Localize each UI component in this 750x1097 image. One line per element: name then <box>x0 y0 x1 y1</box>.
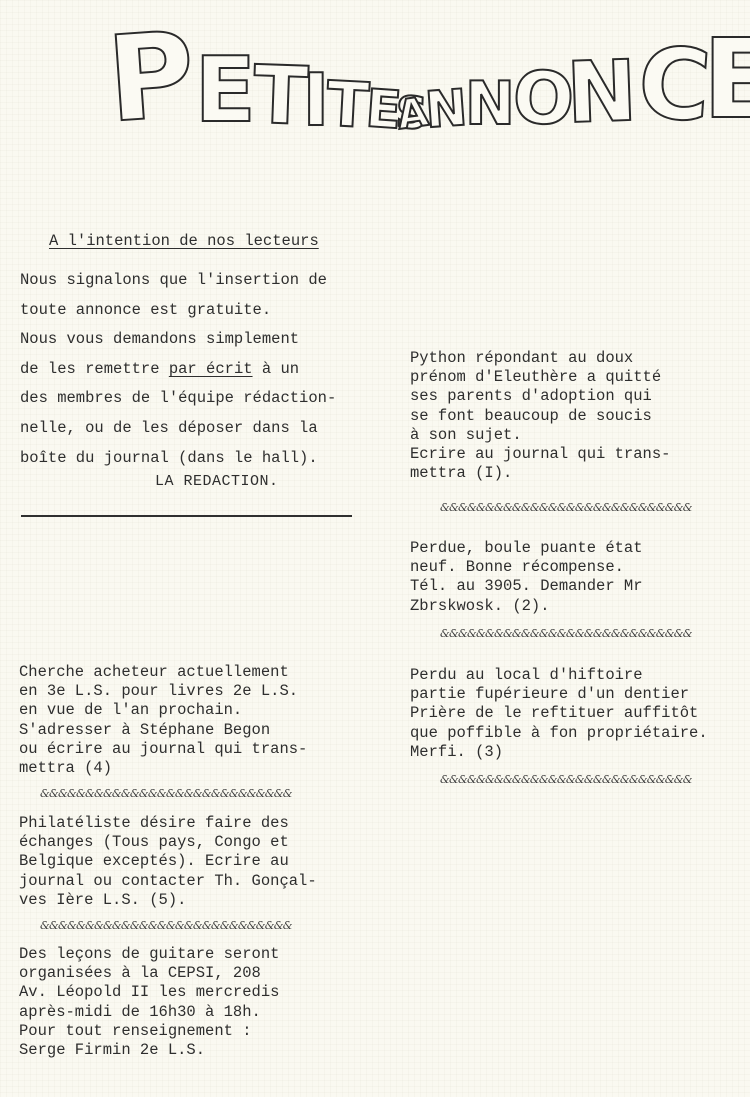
notice-line: Nous signalons que l'insertion de <box>20 271 327 289</box>
notice-heading: A l'intention de nos lecteurs <box>49 232 319 250</box>
notice-line: toute annonce est gratuite. <box>20 301 271 319</box>
title-letter: N <box>565 49 634 135</box>
title-letter: E <box>703 24 750 134</box>
notice-signature: LA REDACTION. <box>155 473 279 490</box>
ad-separator: &&&&&&&&&&&&&&&&&&&&&&&&&&&& <box>40 919 292 932</box>
title-letter: I <box>303 64 326 136</box>
classified-ad: Python répondant au doux prénom d'Eleuth… <box>410 349 670 483</box>
notice-line: nelle, ou de les déposer dans la <box>20 419 318 437</box>
notice-body: Nous signalons que l'insertion de toute … <box>20 266 336 473</box>
title-letter: E <box>364 83 399 137</box>
classified-ad: Perdu au local d'hiftoire partie fupérie… <box>410 666 708 762</box>
notice-line: des membres de l'équipe rédaction- <box>20 389 336 407</box>
ad-separator: &&&&&&&&&&&&&&&&&&&&&&&&&&&& <box>440 627 692 640</box>
notice-line: Nous vous demandons simplement <box>20 330 299 348</box>
title-letter: T <box>325 73 366 137</box>
notice-emphasis: par écrit <box>169 360 253 378</box>
title-letter: A <box>395 93 427 136</box>
title-letter: P <box>104 15 195 138</box>
classified-ad: Perdue, boule puante état neuf. Bonne ré… <box>410 539 643 616</box>
classified-ad: Cherche acheteur actuellement en 3e L.S.… <box>19 663 307 778</box>
title-letter: T <box>252 55 305 137</box>
ad-separator: &&&&&&&&&&&&&&&&&&&&&&&&&&&& <box>40 787 292 800</box>
notice-line: à un <box>253 360 300 378</box>
classified-ad: Philatéliste désire faire des échanges (… <box>19 814 317 910</box>
notice-line: boîte du journal (dans le hall). <box>20 449 318 467</box>
ad-separator: &&&&&&&&&&&&&&&&&&&&&&&&&&&& <box>440 773 692 786</box>
ad-separator: &&&&&&&&&&&&&&&&&&&&&&&&&&&& <box>440 501 692 514</box>
title-annonces: ANNONCES <box>400 14 750 134</box>
title-petites: PETITES <box>112 18 423 136</box>
title-letter: E <box>194 46 251 136</box>
classified-ad: Des leçons de guitare seront organisées … <box>19 945 279 1060</box>
title-letter: O <box>511 61 572 136</box>
notice-line: de les remettre <box>20 360 169 378</box>
title-letter: C <box>635 34 710 136</box>
title-letter: N <box>465 74 511 134</box>
title-letter: N <box>424 83 465 136</box>
section-divider <box>21 515 352 517</box>
